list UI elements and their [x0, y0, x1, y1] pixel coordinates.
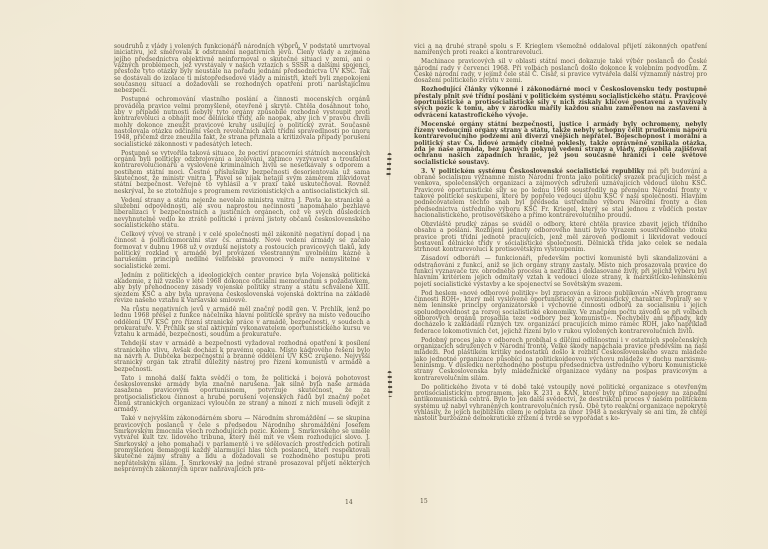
paragraph: Na růstu negativních jevů v armádě měl z… [114, 307, 370, 339]
paragraph: Celkový vývoj ve straně i v celé společn… [114, 232, 370, 270]
paragraph-text: má při budování a obraně socialismu význ… [414, 168, 707, 219]
paragraph-section-3: 3. V politickém systému Československé s… [414, 169, 707, 220]
paragraph: Podobný proces jako v odborech probíhal … [414, 338, 707, 382]
page-number: 15 [420, 498, 428, 505]
book-spine-shadow [389, 58, 390, 474]
spine-smudge-bottom [388, 371, 393, 397]
paragraph: Do politického života v té době také vst… [414, 385, 707, 423]
paragraph: Také v nejvyšším zákonodárném sboru — Ná… [114, 416, 370, 473]
paragraph-emphasized: Rozhodující články výkonné i zákonodárné… [414, 87, 707, 119]
paragraph: soudruhů z vlády i volených funkcionářů … [114, 44, 370, 95]
paragraph: Tehdejší stav v armádě a bezpečnosti vyž… [114, 341, 370, 373]
right-page: vici a na druhé straně spolu s F. Kriegl… [414, 44, 707, 425]
paragraph-emphasized: Mocenské orgány státní bezpečnosti, just… [414, 122, 707, 166]
paragraph: Vedení strany a státu nejenže nevolalo m… [114, 198, 370, 230]
paragraph: Tato i mnohá další fakta svědčí o tom, ž… [114, 376, 370, 414]
paragraph: vici a na druhé straně spolu s F. Kriegl… [414, 44, 707, 57]
left-page: soudruhů z vlády i volených funkcionářů … [114, 44, 370, 476]
paragraph: Jedním z politických a ideologických cen… [114, 273, 370, 305]
paragraph: Obzvláště prudký zápas se sváděl o odbor… [414, 222, 707, 254]
paragraph: Pod heslem »nové odborové politiky« byl … [414, 291, 707, 335]
page-number: 14 [345, 499, 353, 506]
paragraph: Postupné ochromování vlastního poslání a… [114, 97, 370, 148]
paragraph: Zásadoví odboráři — funkcionáři, předevš… [414, 256, 707, 288]
paragraph: Postupně se vytvořila taková situace, že… [114, 151, 370, 195]
paragraph: Machinace pravicových sil v oblasti stát… [414, 59, 707, 84]
